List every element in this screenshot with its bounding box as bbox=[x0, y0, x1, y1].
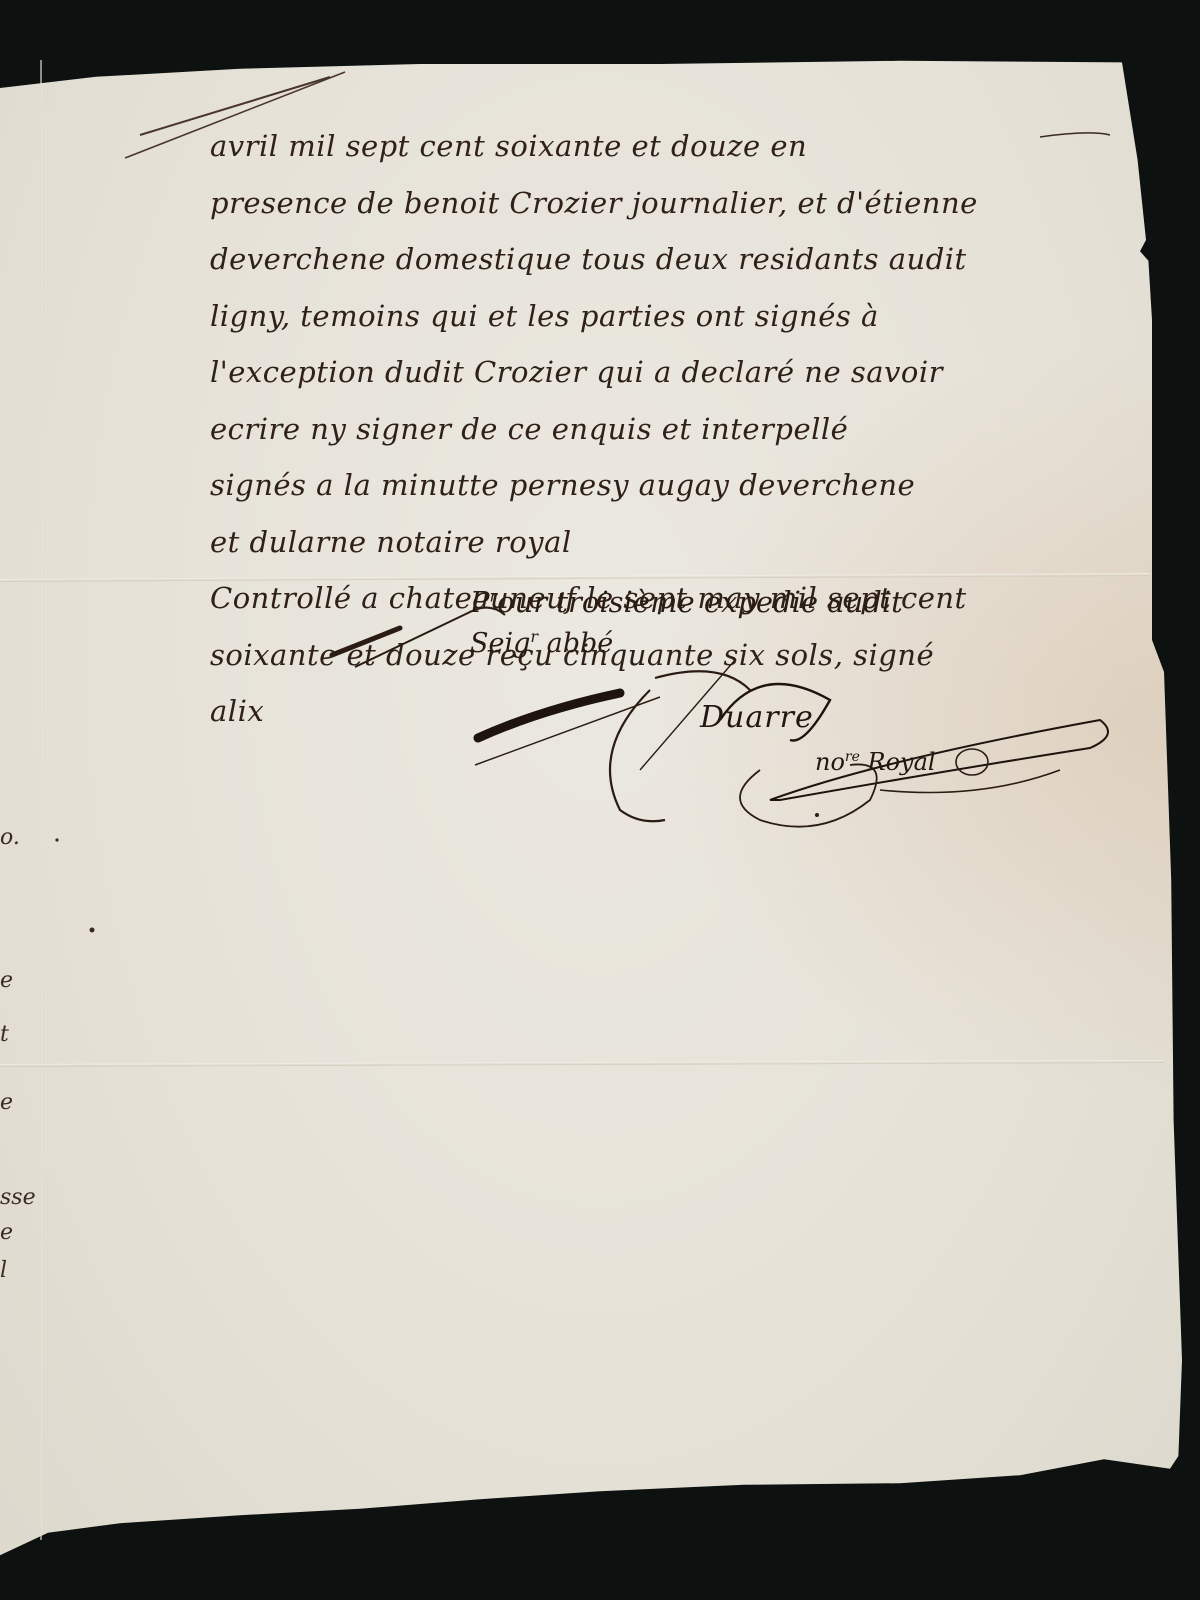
manuscript-line: ecrire ny signer de ce enquis et interpe… bbox=[210, 401, 1130, 458]
margin-fragment: o. bbox=[0, 825, 20, 850]
manuscript-line: l'exception dudit Crozier qui a declaré … bbox=[210, 344, 1130, 401]
margin-fragment: sse bbox=[0, 1185, 36, 1210]
manuscript-line: alix bbox=[210, 683, 1130, 740]
signature-title-sup: re bbox=[845, 749, 860, 765]
closing-note: Prour troisième expedie audit Seigr abbé bbox=[470, 585, 903, 659]
signature-title-rest: Royal bbox=[860, 748, 936, 776]
closing-line-1-text: our troisième expedie audit bbox=[497, 585, 903, 619]
manuscript-line: avril mil sept cent soixante et douze en bbox=[210, 118, 1130, 175]
manuscript-line: signés a la minutte pernesy augay deverc… bbox=[210, 457, 1130, 514]
manuscript-line: deverchene domestique tous deux residant… bbox=[210, 231, 1130, 288]
manuscript-line: presence de benoit Crozier journalier, e… bbox=[210, 175, 1130, 232]
signature-title-prefix: no bbox=[815, 748, 845, 776]
manuscript-line: ligny, temoins qui et les parties ont si… bbox=[210, 288, 1130, 345]
notary-signature: Duarre nore Royal bbox=[700, 700, 814, 735]
margin-fragment: e bbox=[0, 1090, 13, 1115]
closing-line-2: Seigr abbé bbox=[470, 627, 903, 659]
margin-fragment: e bbox=[0, 968, 13, 993]
closing-prefix: P bbox=[470, 585, 490, 619]
margin-fragment: t bbox=[0, 1022, 9, 1047]
vertical-fold-crease bbox=[40, 60, 42, 1540]
margin-fragment: l bbox=[0, 1258, 7, 1283]
closing-abbe: abbé bbox=[538, 628, 613, 659]
signature-name: Duarre bbox=[700, 700, 814, 735]
margin-fragment: e bbox=[0, 1220, 13, 1245]
closing-line-1: Prour troisième expedie audit bbox=[470, 585, 903, 619]
signature-title: nore Royal bbox=[815, 748, 936, 776]
closing-seigneur: Seig bbox=[470, 628, 530, 659]
closing-seigneur-sup: r bbox=[530, 627, 538, 646]
manuscript-line: et dularne notaire royal bbox=[210, 514, 1130, 571]
